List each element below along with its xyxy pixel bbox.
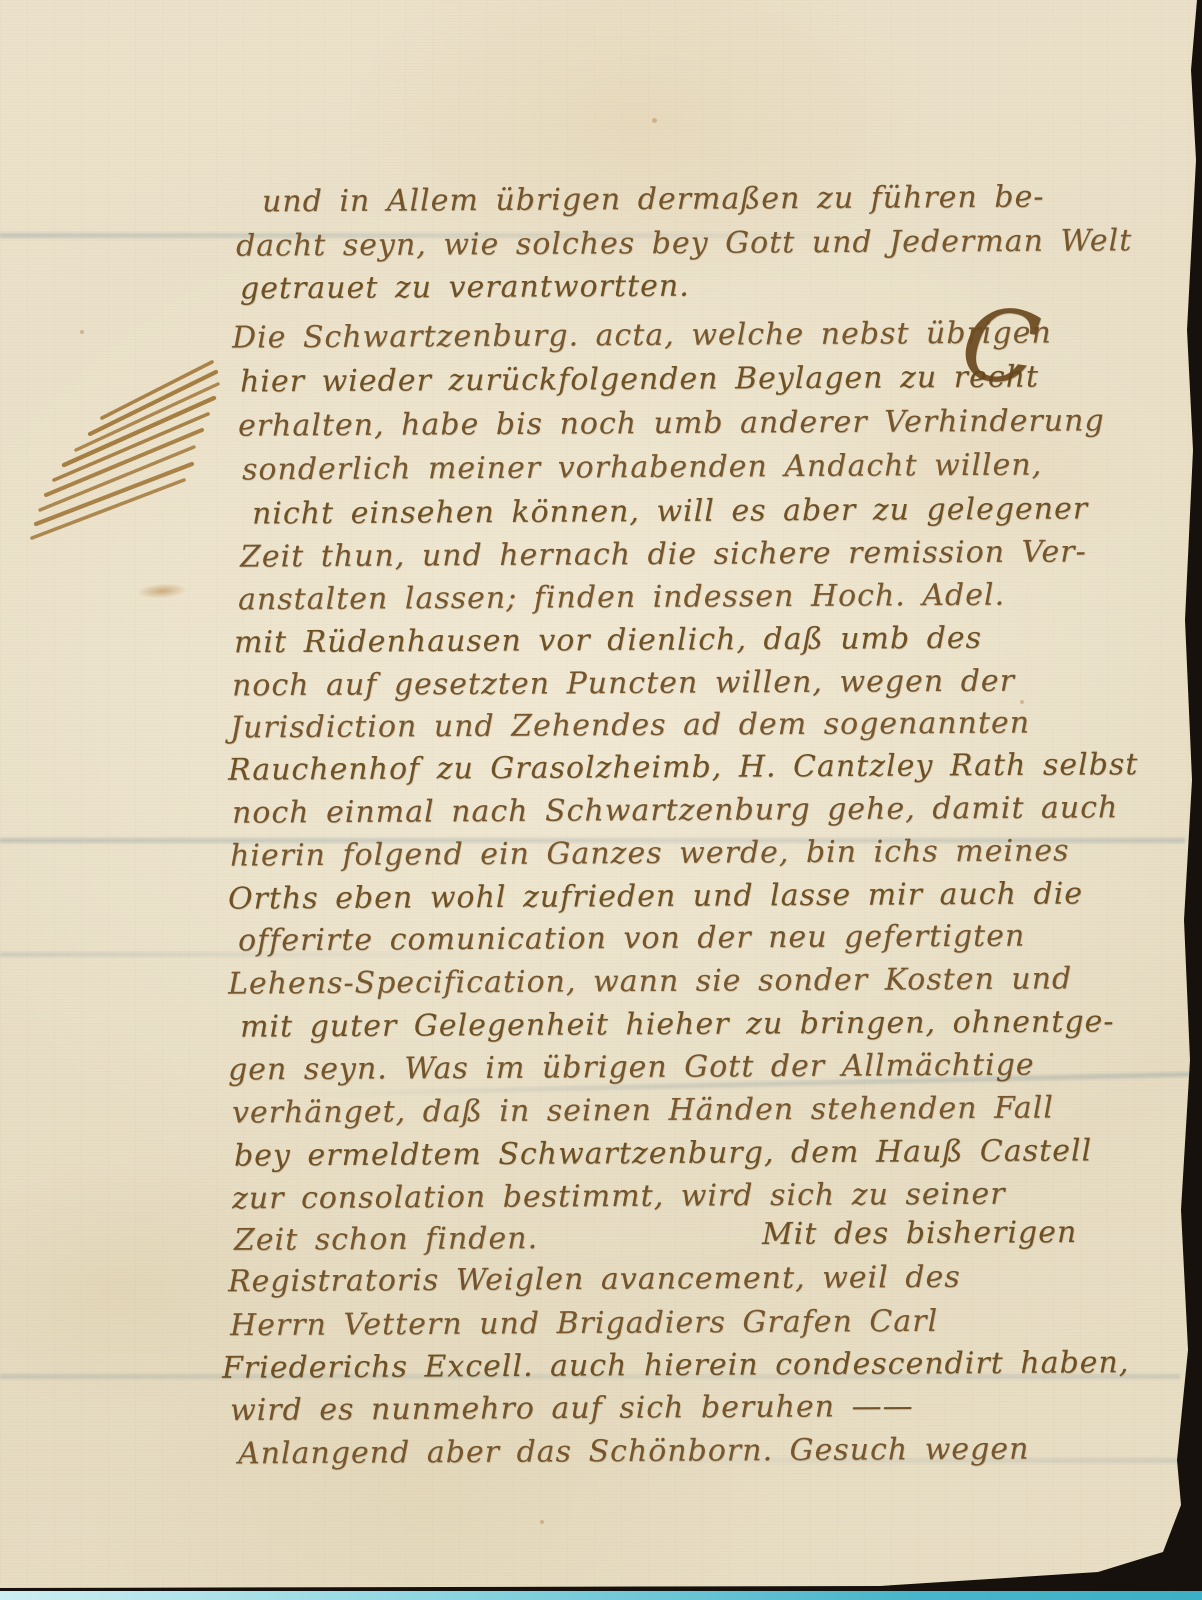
manuscript-line: getrauet zu verantwortten. [240,269,690,307]
manuscript-line: Zeit thun, und hernach die sichere remis… [240,534,1087,574]
manuscript-line: gen seyn. Was im übrigen Gott der Allmäc… [228,1048,1035,1088]
manuscript-line: und in Allem übrigen dermaßen zu führen … [262,180,1045,220]
manuscript-line: hierin folgend ein Ganzes werde, bin ich… [230,833,1070,873]
manuscript-line: Friederichs Excell. auch hierein condesc… [222,1345,1130,1386]
ink-stain [138,582,187,599]
scanner-bed-strip [0,1591,1202,1600]
paper-speck [652,118,657,123]
manuscript-line: mit Rüdenhausen vor dienlich, daß umb de… [234,621,982,661]
manuscript-line: nicht einsehen können, will es aber zu g… [252,491,1088,531]
manuscript-line: erhalten, habe bis noch umb anderer Verh… [238,403,1105,443]
pen-trial-hatch-strokes [24,352,244,542]
manuscript-line: dacht seyn, wie solches bey Gott und Jed… [236,223,1132,263]
letter-paper-sheet: und in Allem übrigen dermaßen zu führen … [0,0,1202,1600]
manuscript-line: Die Schwartzenburg. acta, welche nebst ü… [232,315,1052,355]
manuscript-line: Jurisdiction und Zehendes ad dem sogenan… [230,706,1030,746]
scanned-letter-page: { "page": { "kind": "scanned page of an … [0,0,1202,1600]
paper-speck [80,330,84,334]
manuscript-line: hier wieder zurückfolgenden Beylagen zu … [240,360,1039,400]
manuscript-line: anstalten lassen; finden indessen Hoch. … [238,578,1005,618]
paper-speck [1020,700,1024,704]
manuscript-line: Herrn Vettern und Brigadiers Grafen Carl [230,1304,938,1343]
manuscript-line: Anlangend aber das Schönborn. Gesuch weg… [238,1432,1030,1472]
manuscript-line: verhänget, daß in seinen Händen stehende… [232,1090,1054,1130]
manuscript-line: Lehens-Specification, wann sie sonder Ko… [228,961,1072,1001]
manuscript-line: Orths eben wohl zufrieden und lasse mir … [228,876,1083,916]
manuscript-line: wird es nunmehro auf sich beruhen —— [230,1389,914,1428]
manuscript-line: Registratoris Weiglen avancement, weil d… [228,1260,961,1299]
paper-speck [540,1520,544,1524]
manuscript-line: mit guter Gelegenheit hieher zu bringen,… [240,1004,1115,1044]
manuscript-line: Mit des bisherigen [762,1215,1077,1252]
manuscript-line: Rauchenhof zu Grasolzheimb, H. Cantzley … [228,747,1139,788]
manuscript-line: noch auf gesetzten Puncten willen, wegen… [232,664,1015,704]
manuscript-line: zur consolation bestimmt, wird sich zu s… [232,1177,1006,1217]
manuscript-line: Zeit schon finden. [234,1221,538,1258]
manuscript-line: offerirte comunication von der neu gefer… [238,919,1025,959]
manuscript-line: bey ermeldtem Schwartzenburg, dem Hauß C… [234,1133,1092,1173]
manuscript-line: noch einmal nach Schwartzenburg gehe, da… [232,790,1119,830]
manuscript-line: sonderlich meiner vorhabenden Andacht wi… [242,448,1042,488]
